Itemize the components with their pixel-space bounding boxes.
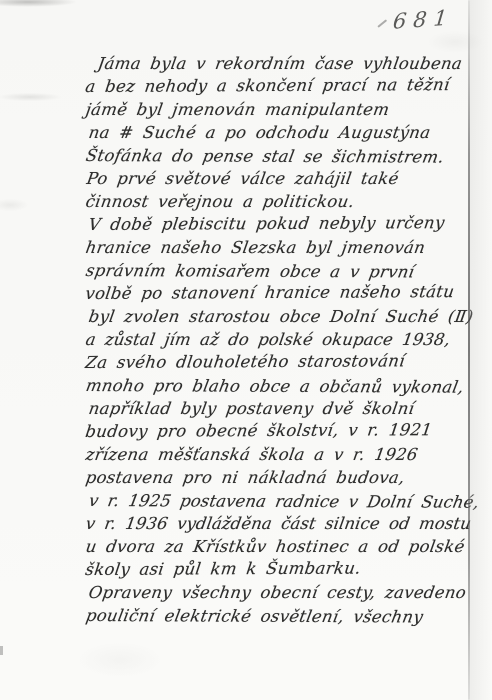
handwritten-line: byl zvolen starostou obce Dolní Suché (Ⅱ…	[84, 305, 488, 328]
scan-edge-shadow	[470, 0, 492, 700]
page-number-block: 681	[379, 5, 455, 34]
handwritten-line: například byly postaveny dvě školní	[84, 397, 488, 420]
handwritten-line: zřízena měšťanská škola a v r. 1926	[84, 443, 488, 466]
scan-edge-tick	[0, 646, 3, 655]
stray-ink-mark	[377, 19, 387, 27]
handwritten-line: budovy pro obecné školství, v r. 1921	[84, 418, 487, 443]
handwritten-line: a zůstal jím až do polské okupace 1938,	[84, 328, 488, 351]
handwritten-line: školy asi půl km k Šumbarku.	[84, 556, 487, 581]
handwritten-line: na # Suché a po odchodu Augustýna	[84, 121, 488, 144]
handwritten-line: u dvora za Křístkův hostinec a od polské	[84, 535, 488, 558]
handwritten-line: V době plebiscitu pokud nebyly určeny	[84, 211, 487, 236]
handwritten-line: hranice našeho Slezska byl jmenován	[84, 236, 488, 259]
page-number: 681	[392, 5, 455, 33]
handwritten-line: volbě po stanovení hranice našeho státu	[84, 280, 487, 305]
handwritten-line: Po prvé světové válce zahájil také	[84, 167, 488, 190]
handwritten-line: a bez nehody a skončení prací na těžní	[84, 73, 487, 98]
handwritten-line: pouliční elektrické osvětlení, všechny	[84, 604, 488, 629]
handwritten-line: v r. 1936 vydlážděna část silnice od mos…	[84, 512, 488, 535]
handwritten-line: v r. 1925 postavena radnice v Dolní Such…	[84, 489, 488, 514]
handwritten-line: mnoho pro blaho obce a občanů vykonal,	[84, 374, 488, 399]
handwritten-line: postavena pro ni nákladná budova,	[84, 466, 488, 489]
handwritten-line: Štofánka do pense stal se šichmistrem.	[84, 144, 488, 169]
handwritten-line: jámě byl jmenován manipulantem	[84, 98, 488, 121]
handwritten-text-block: Jáma byla v rekordním čase vyhloubena a …	[84, 52, 484, 627]
handwritten-line: Jáma byla v rekordním čase vyhloubena	[84, 52, 488, 75]
scanned-manuscript-page: 681 Jáma byla v rekordním čase vyhlouben…	[0, 0, 492, 700]
scan-edge-line	[468, 0, 470, 700]
handwritten-line: činnost veřejnou a politickou.	[84, 190, 488, 213]
handwritten-line: Za svého dlouholetého starostování	[84, 349, 487, 374]
handwritten-line: Opraveny všechny obecní cesty, zavedeno	[84, 581, 488, 604]
